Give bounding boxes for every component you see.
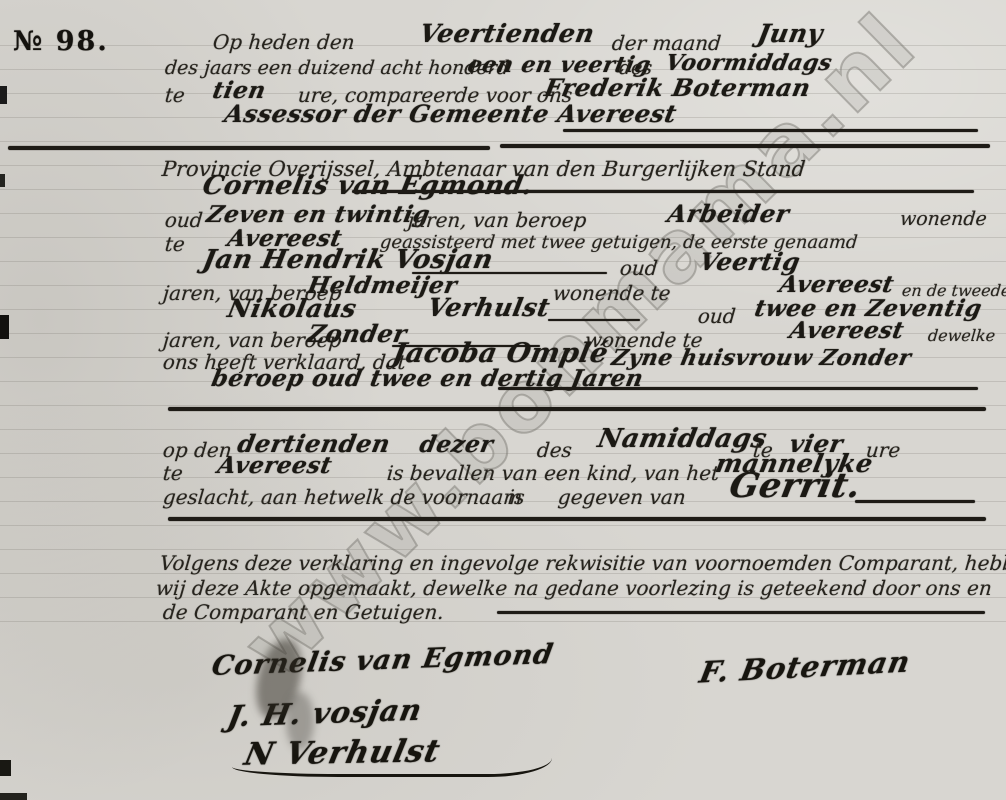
entry-child-name: Gerrit. (726, 466, 864, 506)
entry-mother-relation: Zyne huisvrouw Zonder (609, 345, 913, 371)
form-text-wonende-te-1: wonende te (552, 281, 672, 305)
form-text-des-2: des (536, 438, 573, 462)
section-separator (168, 517, 986, 521)
form-text-closing-1: Volgens deze verklaring en ingevolge rek… (159, 551, 1006, 575)
form-text-te-4: te (162, 461, 184, 485)
form-text-oud-2: oud (619, 256, 659, 280)
entry-witness1-name: Jan Hendrik Vosjan (200, 245, 496, 275)
entry-witness2-last: Verhulst (425, 293, 552, 322)
scan-edge-mark (0, 793, 27, 800)
form-text-te-2: te (164, 232, 186, 256)
entry-residence-2: Avereest (777, 271, 896, 298)
entry-declarant-age: Zeven en twintig (204, 201, 432, 228)
scan-edge-mark (0, 760, 11, 776)
signature-official: F. Boterman (697, 644, 914, 689)
entry-dezer: dezer (417, 431, 495, 458)
form-text-oud-1: oud (164, 208, 204, 232)
ink-rule (500, 144, 990, 148)
form-text-closing-3: de Comparant en Getuigen. (162, 600, 445, 624)
signature-witness1: J. H. vosjan (225, 692, 426, 733)
entry-residence-3: Avereest (787, 317, 906, 344)
form-text-op-heden: Op heden den (212, 30, 356, 54)
ink-rule (498, 387, 978, 390)
act-number: № 98. (13, 26, 109, 57)
entry-residence-4: Avereest (215, 452, 334, 479)
form-text-dewelke: dewelke (927, 326, 996, 345)
scan-edge-mark (0, 315, 9, 339)
entry-official-name: Frederik Boterman (542, 73, 813, 102)
ink-rule (497, 611, 985, 614)
entry-official-title: Assessor der Gemeente Avereest (222, 99, 679, 128)
entry-declarant-name: Cornelis van Egmond. (200, 171, 535, 201)
entry-day: Veertienden (417, 19, 597, 48)
entry-month: Juny (755, 19, 825, 48)
scan-edge-mark (0, 86, 7, 104)
form-text-geslacht: geslacht, aan hetwelk de voornaam (162, 485, 523, 509)
ink-rule (352, 190, 974, 193)
form-text-oud-3: oud (697, 304, 737, 328)
section-separator (168, 407, 986, 411)
entry-declarant-profession: Arbeider (665, 199, 792, 228)
form-text-jaren-beroep-1: jaren, van beroep (407, 208, 588, 232)
form-text-closing-2: wij deze Akte opgemaakt, dewelke na geda… (155, 576, 993, 600)
ink-rule (8, 146, 490, 150)
form-text-is-bevallen: is bevallen van een kind, van het (386, 461, 720, 485)
form-text-des-jaars: des jaars een duizend acht honderd (164, 57, 510, 79)
form-text-wonende: wonende (899, 208, 988, 230)
form-text-te-1: te (164, 83, 186, 107)
ink-rule (548, 319, 640, 321)
signature-flourish (232, 758, 552, 777)
birth-certificate-scan: www.bonmama.nl № 98. Op heden den Veerti… (0, 0, 1006, 800)
ink-rule (855, 500, 975, 503)
form-text-gegeven-van: gegeven van (557, 485, 687, 509)
scan-edge-mark (0, 174, 5, 187)
form-text-is: is (507, 485, 526, 509)
ink-blot (286, 692, 314, 750)
ink-rule (563, 129, 978, 132)
